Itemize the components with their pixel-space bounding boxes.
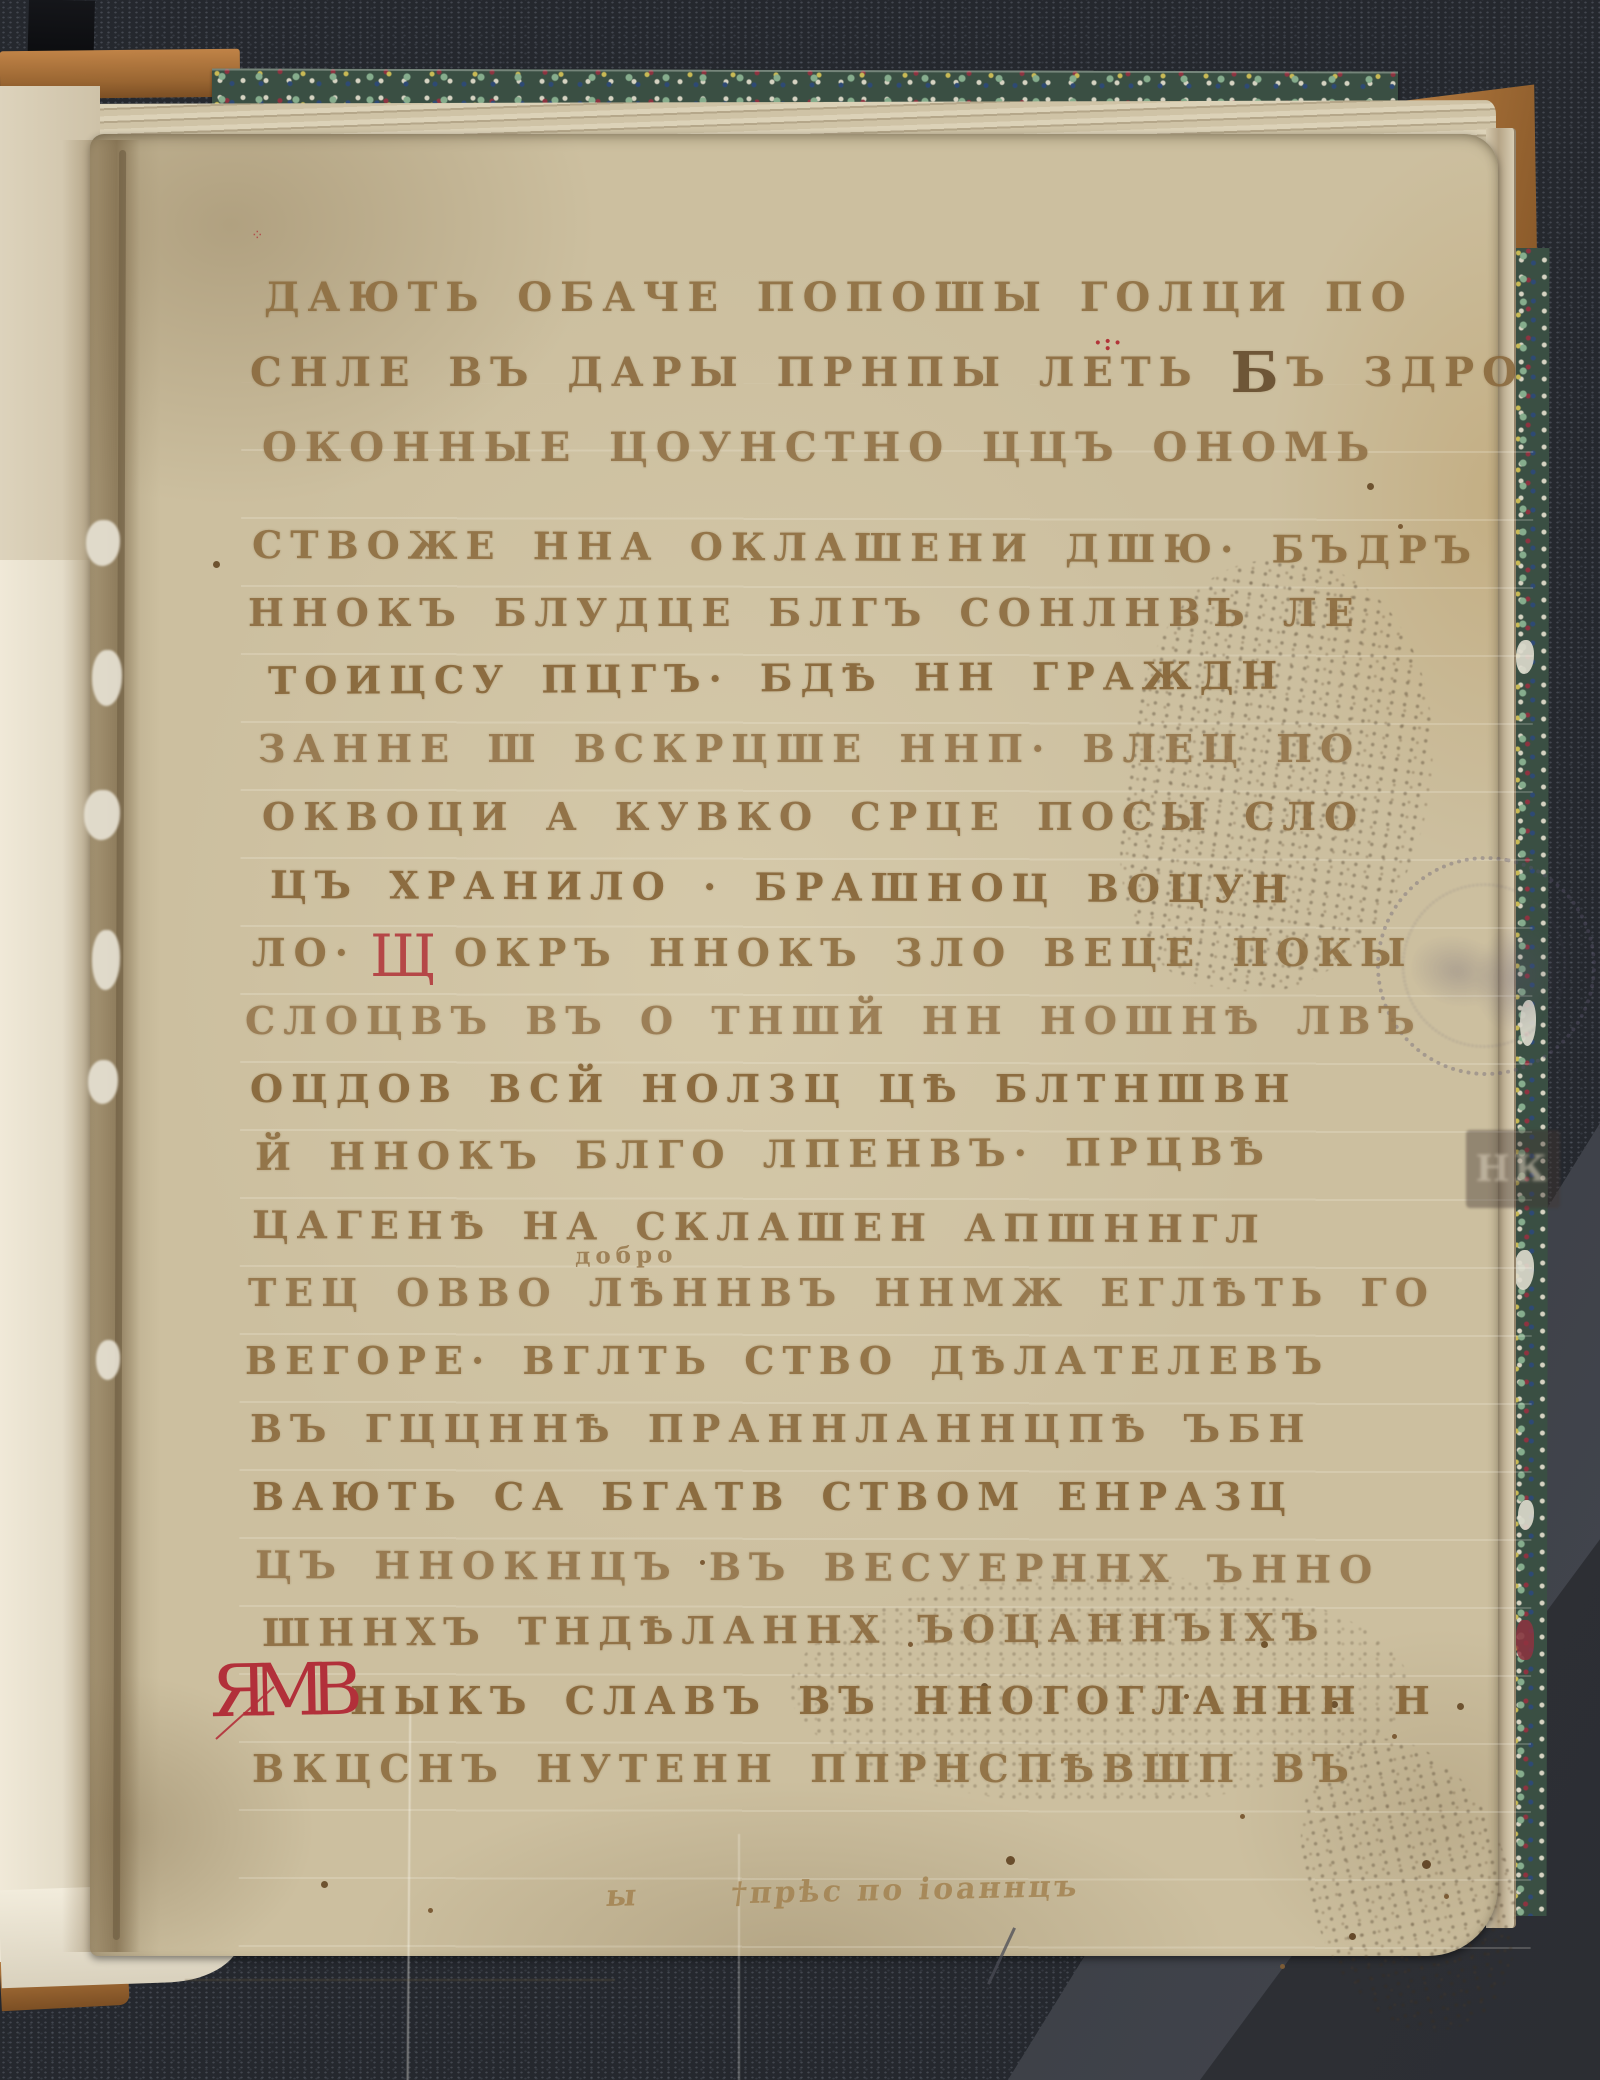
manuscript-line: Й ННОКЪ БЛГО ЛПЕНВЪ· ПРЦВѢ xyxy=(255,1129,1272,1179)
manuscript-line: ШННХЪ ТНДѢЛАННХ ЪОЦАННЪІХЪ xyxy=(262,1604,1327,1655)
manuscript-line: ЦАГЕНѢ НА СКЛАШЕН АПШННГЛ xyxy=(252,1202,1267,1251)
manuscript-line: ЦЪ ХРАНИЛО · БРАШНОЦ ВОЦУН xyxy=(270,862,1296,911)
manuscript-line: ВКЦСНЪ НУТЕНН ППРНСПѢВШП ВЪ xyxy=(252,1746,1357,1791)
manuscript-line: ВЕГОРЕ· ВГЛТЬ СТВО ДѢЛАТЕЛЕВЪ xyxy=(245,1338,1330,1383)
line-text: Ъ ЗДРО xyxy=(1286,349,1525,396)
manuscript-line: НЫКЪ СЛАВЪ ВЪ ННОГОГЛАННН Н xyxy=(350,1678,1438,1723)
manuscript-line: ВЪ ГЦЦННѢ ПРАННЛАННЦПѢ ЪБН xyxy=(250,1406,1312,1451)
manuscript-line: СНЛЕ ВЪ ДАРЫ ПРНПЫ ЛЕТЬ БЪ ЗДРО xyxy=(250,349,1525,396)
rubric-initial: Щ xyxy=(370,922,444,990)
rubric-monogram: ЯМВ xyxy=(209,1647,347,1733)
line-text: ЛО· xyxy=(252,930,356,975)
red-dot-mark: ·:· xyxy=(1094,330,1123,356)
manuscript-line: ТОИЦСУ ПЦГЪ· БДѢ НН ГРАЖДН xyxy=(268,653,1285,703)
marginal-addition: ы†прѣс по іоаннцъ xyxy=(604,1869,1081,1914)
addition-left: ы xyxy=(604,1878,641,1914)
addition-gap xyxy=(638,1903,730,1905)
manuscript-text-block: ⁘ ДАЮТЬ ОБАЧЕ ПОПОШЫ ГОЛЦИ ПО СНЛЕ ВЪ ДА… xyxy=(0,0,1600,2080)
manuscript-line: ЗАННЕ Ш ВСКРЦШЕ ННП· ВЛЕЦ ПО xyxy=(258,726,1361,771)
line-text: СНЛЕ ВЪ ДАРЫ ПРНПЫ ЛЕТЬ xyxy=(250,349,1231,396)
addition-right: †прѣс по іоаннцъ xyxy=(729,1869,1081,1911)
manuscript-line: СТВОЖЕ ННА ОКЛАШЕНИ ДШЮ· БЪДРЪ xyxy=(252,522,1479,572)
manuscript-line: ННОКЪ БЛУДЦЕ БЛГЪ СОНЛНВЪ ЛЕ xyxy=(248,590,1362,635)
manuscript-line: ТЕЦ ОВВО ЛѢННВЪ ННМЖ ЕГЛѢТЬ ГО xyxy=(248,1270,1436,1315)
manuscript-line: ЦЪ ННОКНЦЪ ВЪ ВЕСУЕРННХ ЪННО xyxy=(255,1542,1380,1592)
interlinear-gloss: добро xyxy=(575,1241,678,1270)
line-text: ОКРЪ ННОКЪ ЗЛО ВЕЦЕ ПОКЫ xyxy=(454,930,1413,975)
highlighted-letter: Б xyxy=(1231,340,1287,406)
manuscript-line: ВАЮТЬ СА БГАТВ СТВОМ ЕНРАЗЦ xyxy=(252,1474,1294,1519)
manuscript-line: СЛОЦВЪ ВЪ О ТНШЙ НН НОШНѢ ЛВЪ xyxy=(245,998,1423,1043)
red-margin-mark: ⁘ xyxy=(251,226,264,244)
manuscript-line: ОКОННЫЕ ЦОУНСТНО ЦЦЪ ОНОМЬ xyxy=(262,424,1377,471)
manuscript-line: ЛО·ЩОКРЪ ННОКЪ ЗЛО ВЕЦЕ ПОКЫ xyxy=(252,930,1414,975)
manuscript-line: ДАЮТЬ ОБАЧЕ ПОПОШЫ ГОЛЦИ ПО xyxy=(264,274,1414,321)
manuscript-line: ОЦДОВ ВСЙ НОЛЗЦ ЦѢ БЛТНШВН xyxy=(250,1066,1297,1111)
manuscript-line: ОКВОЦИ А КУВКО СРЦЕ ПОСЫ СЛО xyxy=(262,794,1365,839)
